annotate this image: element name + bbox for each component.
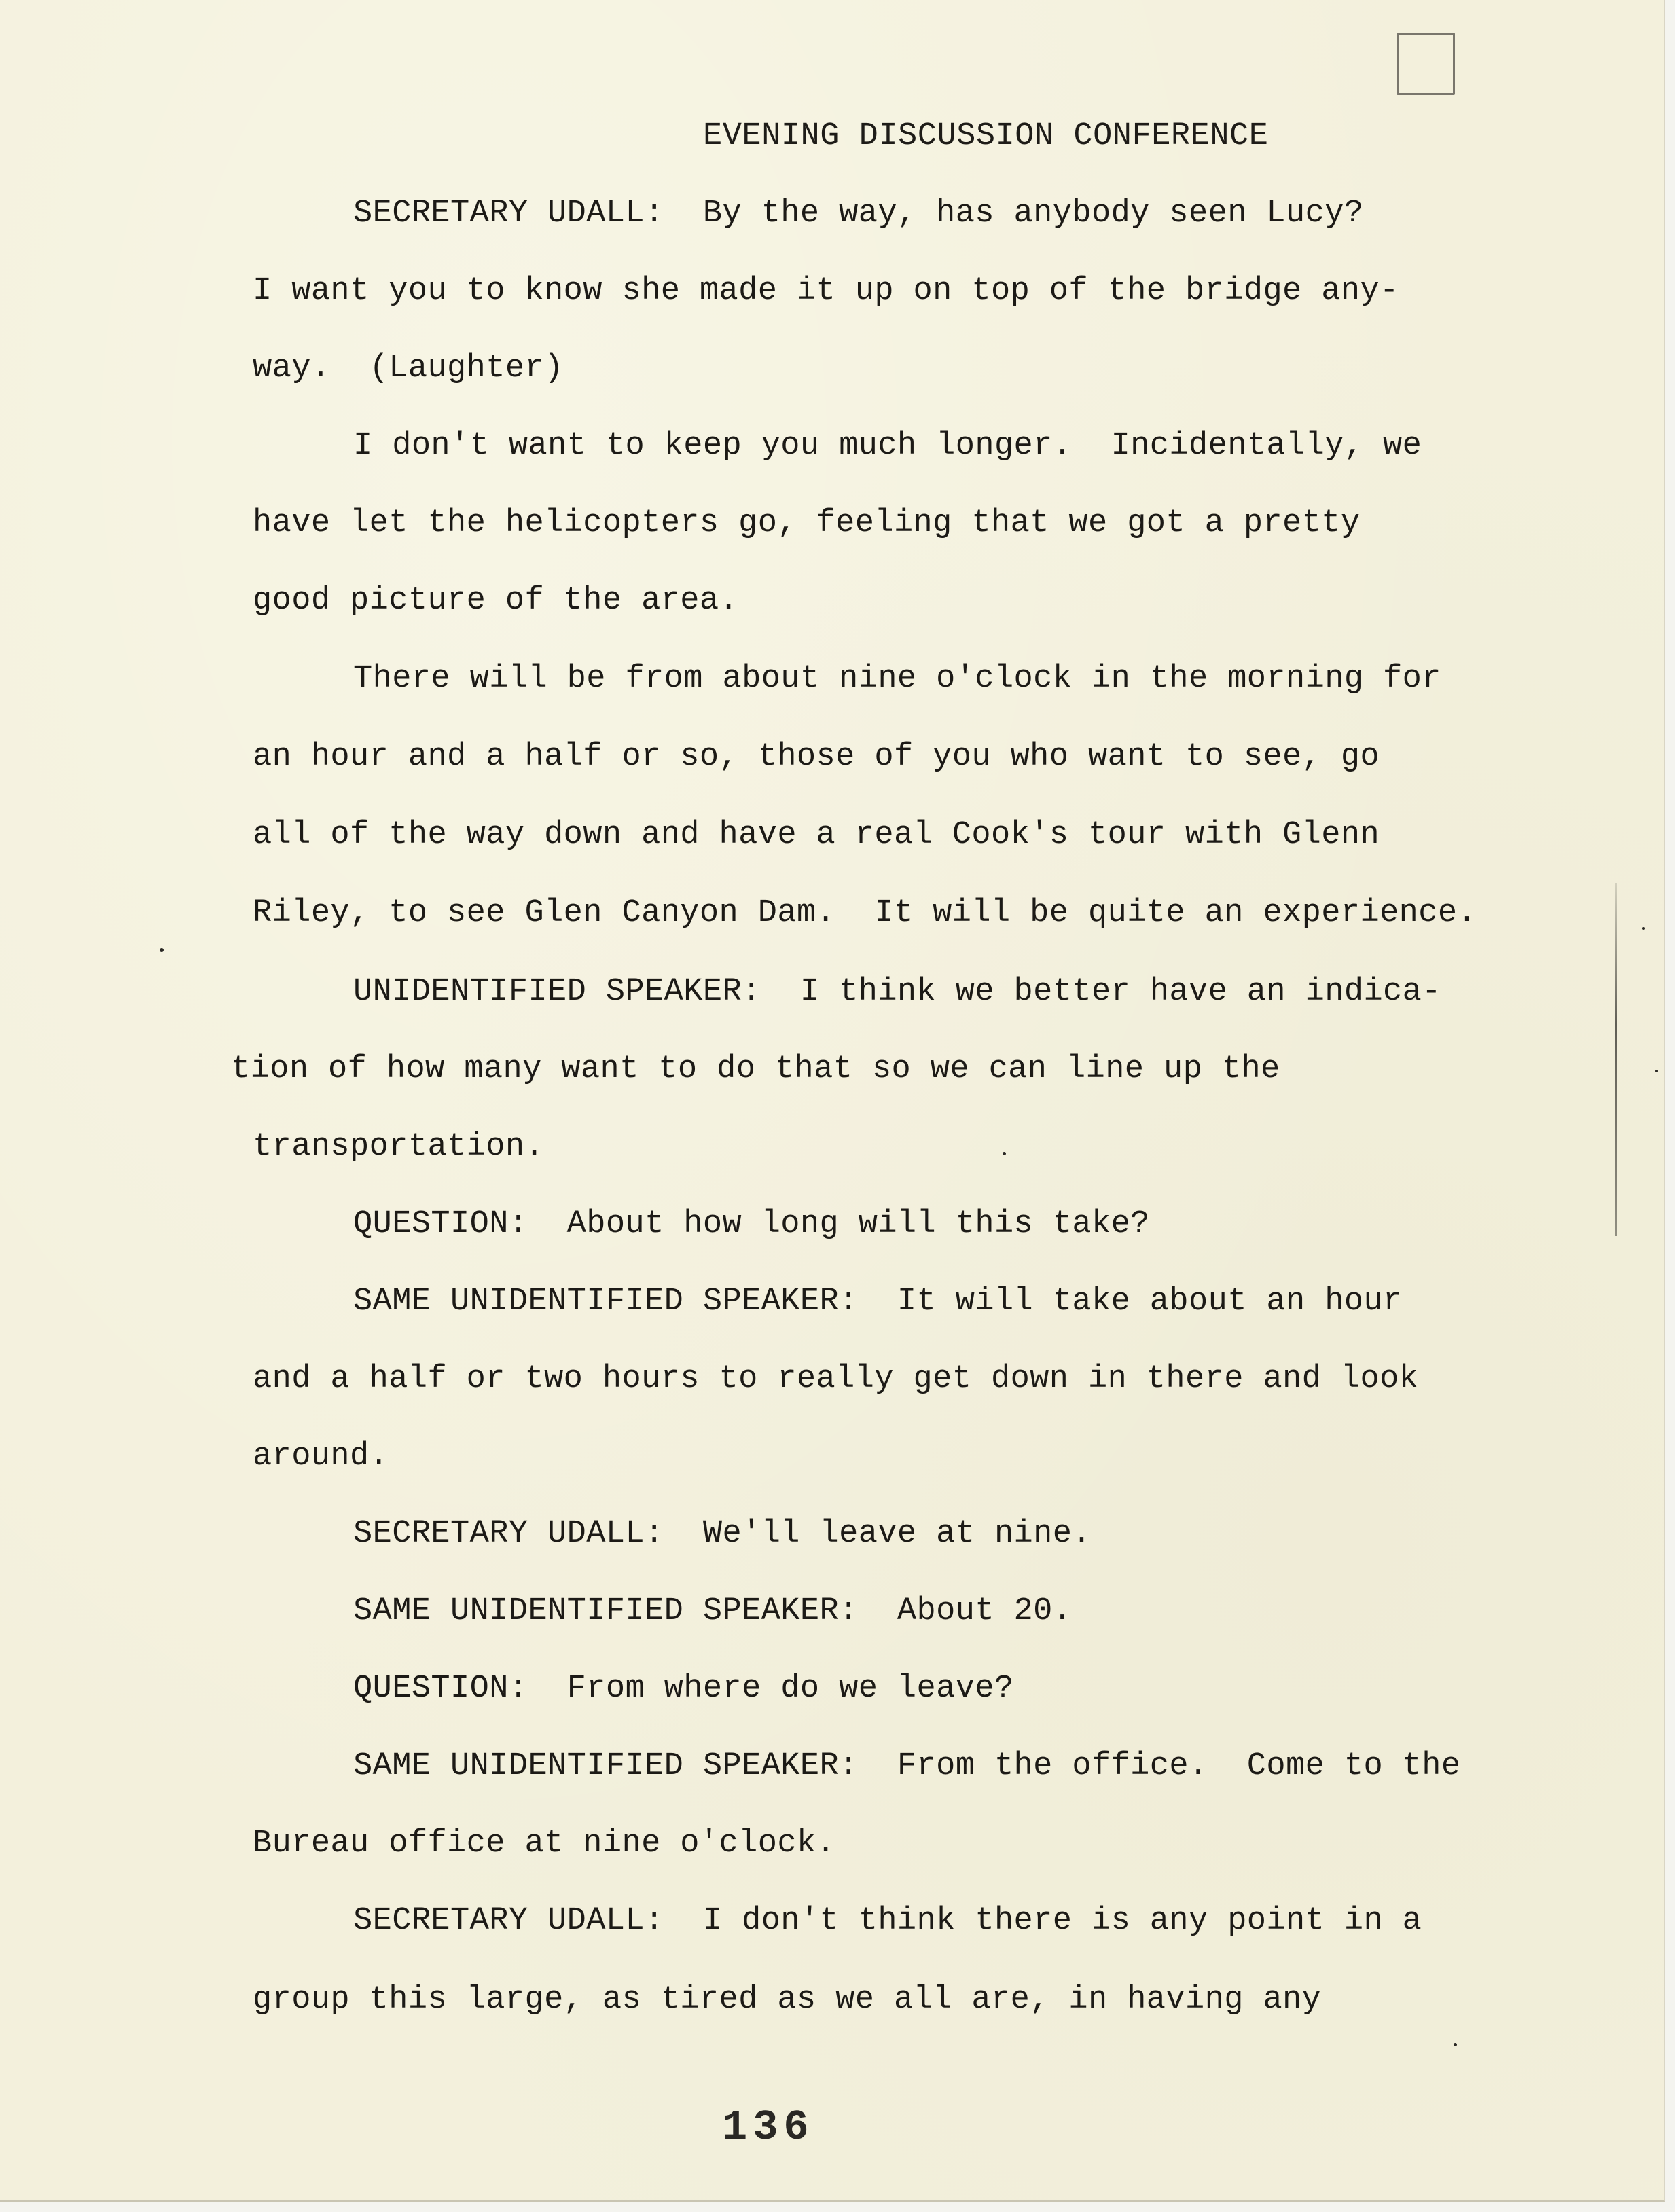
- transcript-line: all of the way down and have a real Cook…: [253, 817, 1380, 853]
- ink-speck: [160, 948, 164, 952]
- transcript-line: QUESTION: About how long will this take?: [353, 1206, 1150, 1242]
- transcript-line: around.: [253, 1438, 389, 1474]
- page-number: 136: [722, 2103, 814, 2152]
- transcript-line: Bureau office at nine o'clock.: [253, 1826, 835, 1862]
- transcript-line: way. (Laughter): [253, 350, 564, 386]
- transcript-line: transportation.: [253, 1129, 544, 1165]
- transcript-line: SECRETARY UDALL: By the way, has anybody…: [353, 196, 1363, 232]
- transcript-line: I want you to know she made it up on top…: [253, 273, 1399, 309]
- transcript-line: SAME UNIDENTIFIED SPEAKER: From the offi…: [353, 1748, 1460, 1784]
- transcript-line: SECRETARY UDALL: We'll leave at nine.: [353, 1516, 1092, 1552]
- transcript-line: and a half or two hours to really get do…: [253, 1361, 1418, 1397]
- transcript-line: SAME UNIDENTIFIED SPEAKER: It will take …: [353, 1284, 1403, 1320]
- document-page: EVENING DISCUSSION CONFERENCE SECRETARY …: [0, 0, 1665, 2202]
- transcript-line: Riley, to see Glen Canyon Dam. It will b…: [253, 895, 1477, 931]
- transcript-line: SAME UNIDENTIFIED SPEAKER: About 20.: [353, 1593, 1072, 1629]
- ink-speck: [1642, 927, 1645, 930]
- document-title: EVENING DISCUSSION CONFERENCE: [703, 118, 1268, 154]
- transcript-line: an hour and a half or so, those of you w…: [253, 739, 1380, 775]
- stamp-box: [1397, 33, 1455, 95]
- ink-speck: [1003, 1152, 1006, 1155]
- transcript-line: There will be from about nine o'clock in…: [353, 661, 1441, 697]
- ink-speck: [1655, 1070, 1658, 1072]
- margin-rule: [1615, 883, 1617, 1236]
- transcript-line: have let the helicopters go, feeling tha…: [253, 505, 1360, 541]
- transcript-line: UNIDENTIFIED SPEAKER: I think we better …: [353, 974, 1441, 1010]
- transcript-line: good picture of the area.: [253, 583, 738, 619]
- ink-speck: [1454, 2043, 1457, 2046]
- transcript-line: tion of how many want to do that so we c…: [231, 1051, 1280, 1087]
- transcript-line: SECRETARY UDALL: I don't think there is …: [353, 1903, 1422, 1939]
- transcript-line: I don't want to keep you much longer. In…: [353, 428, 1422, 464]
- transcript-line: group this large, as tired as we all are…: [253, 1982, 1321, 2018]
- transcript-line: QUESTION: From where do we leave?: [353, 1671, 1014, 1707]
